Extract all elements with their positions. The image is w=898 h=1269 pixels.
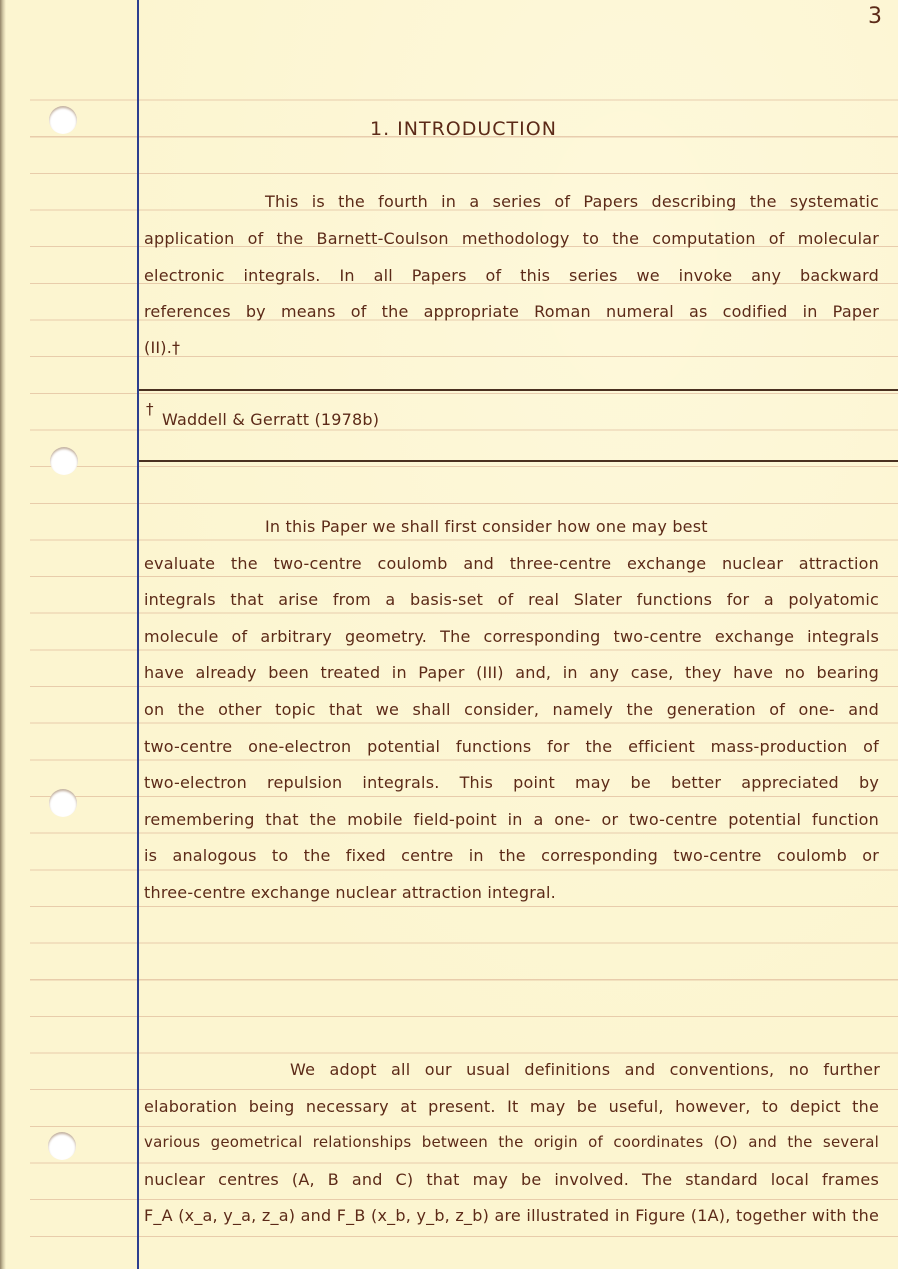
notebook-page: 3 1. INTRODUCTION This is the fourth in …	[0, 0, 898, 1269]
punch-hole	[49, 789, 77, 817]
text-line: molecule of arbitrary geometry. The corr…	[144, 627, 879, 646]
text-line: application of the Barnett-Coulson metho…	[144, 229, 879, 248]
text-line: evaluate the two-centre coulomb and thre…	[144, 554, 879, 573]
punch-hole	[48, 1132, 76, 1160]
margin-line	[137, 0, 139, 1269]
text-line: This is the fourth in a series of Papers…	[265, 192, 879, 211]
text-line: F_A (x_a, y_a, z_a) and F_B (x_b, y_b, z…	[144, 1206, 879, 1225]
punch-hole	[49, 106, 77, 134]
text-line: various geometrical relationships betwee…	[144, 1133, 879, 1151]
punch-hole	[50, 447, 78, 475]
text-line: remembering that the mobile field-point …	[144, 810, 879, 829]
text-line: We adopt all our usual definitions and c…	[290, 1060, 880, 1079]
text-line: (II).†	[144, 338, 879, 357]
text-line: elaboration being necessary at present. …	[144, 1097, 879, 1116]
text-line: references by means of the appropriate R…	[144, 302, 879, 321]
page-number: 3	[868, 4, 882, 29]
text-line: nuclear centres (A, B and C) that may be…	[144, 1170, 879, 1189]
footnote-marker: †	[146, 400, 154, 418]
text-line: on the other topic that we shall conside…	[144, 700, 879, 719]
text-line: In this Paper we shall first consider ho…	[265, 517, 879, 536]
text-line: two-centre one-electron potential functi…	[144, 737, 879, 756]
text-line: electronic integrals. In all Papers of t…	[144, 266, 879, 285]
text-line: have already been treated in Paper (III)…	[144, 663, 879, 682]
footnote-text: Waddell & Gerratt (1978b)	[162, 410, 379, 429]
text-line: three-centre exchange nuclear attraction…	[144, 883, 879, 902]
text-line: integrals that arise from a basis-set of…	[144, 590, 879, 609]
text-line: two-electron repulsion integrals. This p…	[144, 773, 879, 792]
footnote-separator-bottom	[139, 460, 898, 462]
section-heading: 1. INTRODUCTION	[370, 118, 557, 140]
text-line: is analogous to the fixed centre in the …	[144, 846, 879, 865]
footnote-separator-top	[139, 389, 898, 391]
